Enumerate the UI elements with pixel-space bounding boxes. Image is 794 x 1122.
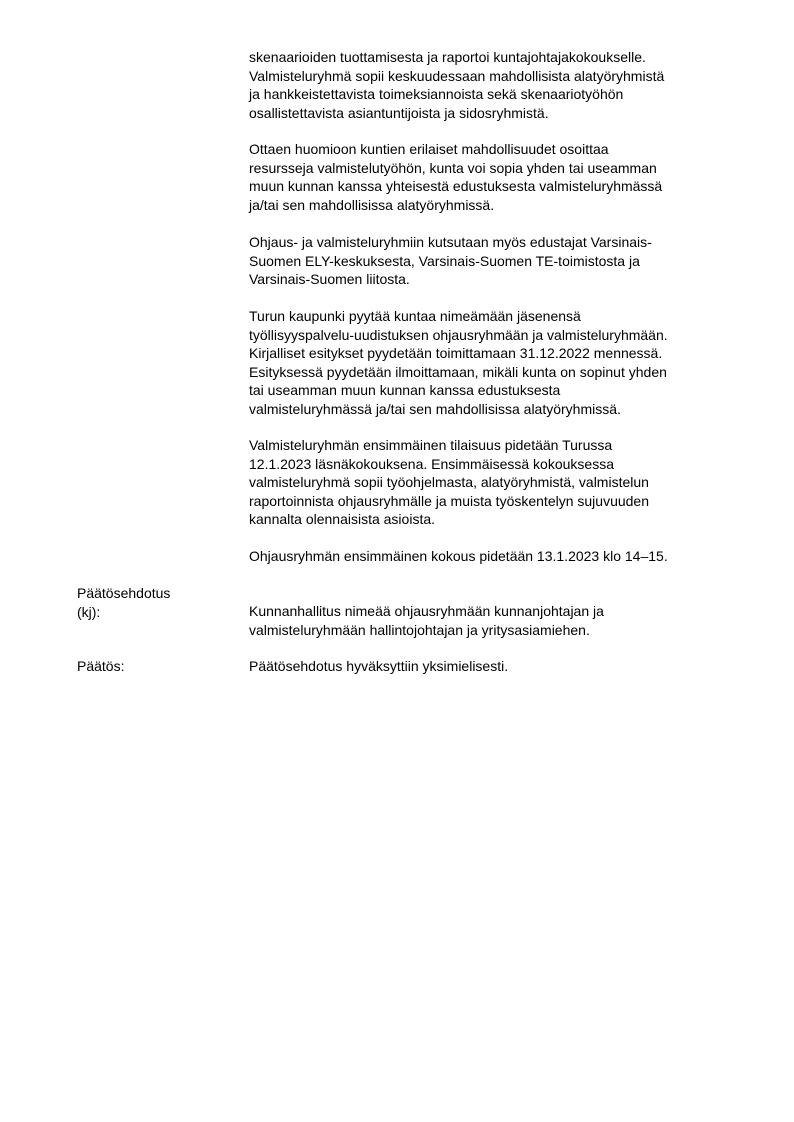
text-line: tai useamman muun kunnan kanssa edustuks…: [249, 381, 749, 400]
paragraph-scenario-reporting: skenaarioiden tuottamisesta ja raportoi …: [249, 48, 749, 122]
text-line: osallistettavista asiantuntijoista ja si…: [249, 104, 749, 123]
document-page: skenaarioiden tuottamisesta ja raportoi …: [0, 0, 794, 1122]
paragraph-municipal-resources: Ottaen huomioon kuntien erilaiset mahdol…: [249, 140, 749, 214]
text-line: valmisteluryhmään hallintojohtajan ja yr…: [249, 621, 604, 640]
text-line: Suomen ELY-keskuksesta, Varsinais-Suomen…: [249, 252, 749, 271]
text-line: kannalta olennaisista asioista.: [249, 510, 749, 529]
text-line: Kirjalliset esitykset pyydetään toimitta…: [249, 344, 749, 363]
text-line: Ottaen huomioon kuntien erilaiset mahdol…: [249, 140, 749, 159]
paragraph-first-meeting: Valmisteluryhmän ensimmäinen tilaisuus p…: [249, 436, 749, 529]
paragraph-member-request: Turun kaupunki pyytää kuntaa nimeämään j…: [249, 307, 749, 418]
proposal-label-line2: (kj):: [77, 603, 170, 622]
text-line: Kunnanhallitus nimeää ohjausryhmään kunn…: [249, 602, 604, 621]
text-line: resursseja valmistelutyöhön, kunta voi s…: [249, 159, 749, 178]
text-line: valmisteluryhmä sopii työohjelmasta, ala…: [249, 473, 749, 492]
text-line: skenaarioiden tuottamisesta ja raportoi …: [249, 48, 749, 67]
text-line: Turun kaupunki pyytää kuntaa nimeämään j…: [249, 307, 749, 326]
paragraph-invited-representatives: Ohjaus- ja valmisteluryhmiin kutsutaan m…: [249, 233, 749, 289]
proposal-text: Kunnanhallitus nimeää ohjausryhmään kunn…: [249, 602, 604, 639]
text-line: Valmisteluryhmän ensimmäinen tilaisuus p…: [249, 436, 749, 455]
proposal-label-line1: Päätösehdotus: [77, 584, 170, 603]
text-line: työllisyyspalvelu-uudistuksen ohjausryhm…: [249, 326, 749, 345]
text-line: ja/tai sen mahdollisissa alatyöryhmissä.: [249, 196, 749, 215]
proposal-label: Päätösehdotus (kj):: [77, 584, 170, 621]
text-line: 12.1.2023 läsnäkokouksena. Ensimmäisessä…: [249, 455, 749, 474]
text-line: raportoinnista ohjausryhmälle ja muista …: [249, 492, 749, 511]
text-line: Esityksessä pyydetään ilmoittamaan, mikä…: [249, 363, 749, 382]
text-line: Varsinais-Suomen liitosta.: [249, 270, 749, 289]
text-line: muun kunnan kanssa yhteisestä edustukses…: [249, 177, 749, 196]
text-line: Ohjausryhmän ensimmäinen kokous pidetään…: [249, 547, 749, 566]
decision-label: Päätös:: [77, 657, 124, 676]
decision-text: Päätösehdotus hyväksyttiin yksimielisest…: [249, 657, 508, 676]
text-line: Valmisteluryhmä sopii keskuudessaan mahd…: [249, 67, 749, 86]
text-line: ja hankkeistettavista toimeksiannoista s…: [249, 85, 749, 104]
text-line: valmisteluryhmässä ja/tai sen mahdollisi…: [249, 400, 749, 419]
paragraph-steering-meeting: Ohjausryhmän ensimmäinen kokous pidetään…: [249, 547, 749, 566]
text-line: Ohjaus- ja valmisteluryhmiin kutsutaan m…: [249, 233, 749, 252]
